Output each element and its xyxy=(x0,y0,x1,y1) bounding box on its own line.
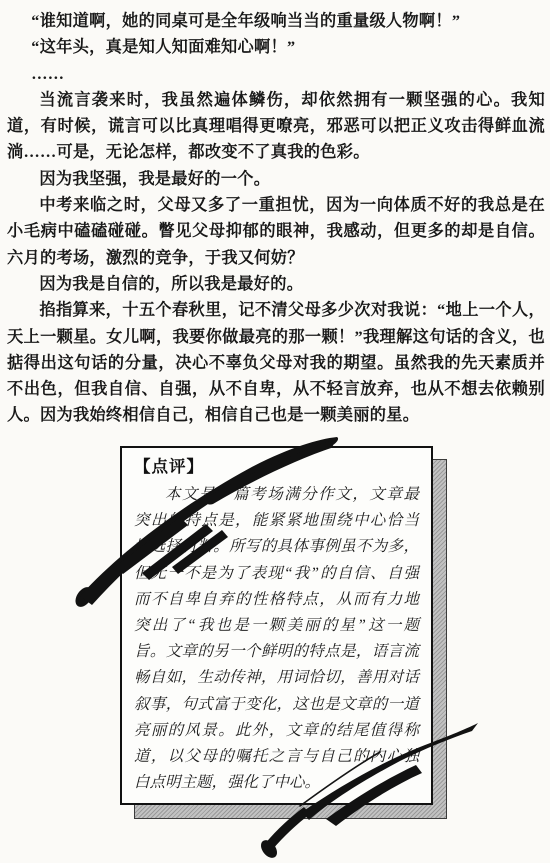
comment-line: 畅自如，生动传神，用词恰切，善用对话 xyxy=(134,665,419,691)
comment-line: 但无一不是为了表现“我”的自信、自强 xyxy=(134,561,419,587)
comment-line: 叙事，句式富于变化，这也是文章的一道 xyxy=(134,692,419,718)
comment-box: 【点评】 本文是一篇考场满分作文，文章最突出的特点是，能紧紧地围绕中心恰当地选择… xyxy=(120,446,433,805)
essay-paragraph: 当流言袭来时，我虽然遍体鳞伤，却依然拥有一颗坚强的心。我知道，有时候，谎言可以比… xyxy=(7,87,545,166)
comment-line: 白点明主题，强化了中心。 xyxy=(134,770,419,796)
comment-line: 而不自卑自弃的性格特点，从而有力地 xyxy=(134,587,419,613)
comment-text: 本文是一篇考场满分作文，文章最突出的特点是，能紧紧地围绕中心恰当地选择材料。所写… xyxy=(134,482,419,796)
essay-paragraph: 因为我坚强，我是最好的一个。 xyxy=(7,166,545,192)
comment-line: 地选择材料。所写的具体事例虽不为多， xyxy=(134,534,419,560)
comment-line: 本文是一篇考场满分作文，文章最 xyxy=(134,482,419,508)
essay-paragraph: …… xyxy=(7,61,545,87)
essay-paragraph: “这年头，真是知人知面难知心啊！” xyxy=(7,34,545,60)
comment-line: 旨。文章的另一个鲜明的特点是，语言流 xyxy=(134,639,419,665)
comment-label: 【点评】 xyxy=(134,454,419,480)
essay-paragraph: 掐指算来，十五个春秋里，记不清父母多少次对我说：“地上一个人，天上一颗星。女儿啊… xyxy=(7,297,545,428)
essay-paragraph: 中考来临之时，父母又多了一重担忧，因为一向体质不好的我总是在小毛病中磕磕碰碰。瞥… xyxy=(7,192,545,271)
book-page: “谁知道啊，她的同桌可是全年级响当当的重量级人物啊！”“这年头，真是知人知面难知… xyxy=(0,0,550,863)
essay-paragraph: “谁知道啊，她的同桌可是全年级响当当的重量级人物啊！” xyxy=(7,8,545,34)
comment-line: 突出的特点是，能紧紧地围绕中心恰当 xyxy=(134,508,419,534)
comment-line: 亮丽的风景。此外，文章的结尾值得称 xyxy=(134,718,419,744)
comment-line: 道，以父母的嘱托之言与自己的内心独 xyxy=(134,744,419,770)
comment-line: 突出了“我也是一颗美丽的星”这一题 xyxy=(134,613,419,639)
essay-text: “谁知道啊，她的同桌可是全年级响当当的重量级人物啊！”“这年头，真是知人知面难知… xyxy=(7,8,545,429)
essay-paragraph: 因为我是自信的，所以我是最好的。 xyxy=(7,271,545,297)
